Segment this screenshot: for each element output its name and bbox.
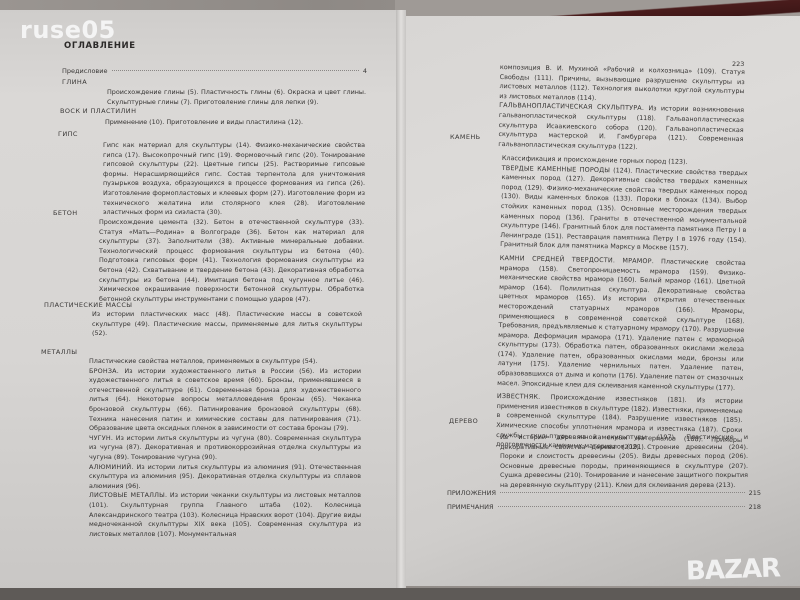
page-number: 223 bbox=[732, 60, 744, 68]
section-body-plastics: Из истории пластических масс (48). Пласт… bbox=[92, 310, 362, 339]
toc-entry-appendices: ПРИЛОЖЕНИЯ 215 bbox=[447, 489, 761, 497]
section-heading-concrete: БЕТОН bbox=[53, 209, 78, 217]
subsection-title: ЧУГУН. bbox=[89, 434, 113, 442]
leader-dots bbox=[498, 506, 745, 507]
subsection-text: Из истории литья скульптуры из чугуна (8… bbox=[89, 434, 361, 461]
subsection-text: Из истории художественного литья в Росси… bbox=[89, 367, 361, 433]
section-body-metals: Пластические свойства металлов, применяе… bbox=[89, 357, 361, 539]
watermark-ruse05: ruse05 bbox=[20, 16, 116, 44]
section-body-stone: Классификация и происхождение горных пор… bbox=[496, 154, 748, 455]
section-body-wood: Из истории деревянной скульптуры (197). … bbox=[500, 433, 748, 491]
continuation-text: композиция В. И. Мухиной «Рабочий и колх… bbox=[499, 63, 745, 106]
toc-entry-page: 4 bbox=[363, 67, 367, 75]
metals-continuation: композиция В. И. Мухиной «Рабочий и колх… bbox=[498, 63, 745, 154]
subsection-aluminium: АЛЮМИНИЙ. Из истории литья скульптуры из… bbox=[89, 463, 361, 492]
toc-entry-label: ПРИЛОЖЕНИЯ bbox=[447, 489, 496, 497]
subsection-text: (124). Пластические свойства твердых кам… bbox=[500, 166, 748, 252]
subsection-bronze: БРОНЗА. Из истории художественного литья… bbox=[89, 367, 361, 434]
table-bottom-edge bbox=[0, 588, 800, 600]
section-heading-gypsum: ГИПС bbox=[58, 130, 78, 138]
subsection-title: ЛИСТОВЫЕ МЕТАЛЛЫ. bbox=[89, 491, 167, 499]
section-body-clay: Происхождение глины (5). Пластичность гл… bbox=[107, 88, 366, 107]
leader-dots bbox=[500, 492, 745, 493]
section-body-concrete: Происхождение цемента (32). Бетон в отеч… bbox=[99, 218, 364, 304]
section-heading-clay: ГЛИНА bbox=[62, 78, 87, 86]
leader-dots bbox=[112, 70, 359, 71]
watermark-bazar-logo: BAZAR bbox=[686, 553, 781, 586]
section-heading-wood: ДЕРЕВО bbox=[449, 417, 478, 425]
subsection-cast-iron: ЧУГУН. Из истории литья скульптуры из чу… bbox=[89, 434, 361, 463]
toc-entry-preface: Предисловие 4 bbox=[62, 67, 367, 75]
toc-entry-label: ПРИМЕЧАНИЯ bbox=[447, 503, 494, 511]
section-body-gypsum: Гипс как материал для скульптуры (14). Ф… bbox=[103, 141, 365, 218]
toc-entry-page: 218 bbox=[749, 503, 761, 511]
section-heading-plastics: ПЛАСТИЧЕСКИЕ МАССЫ bbox=[44, 301, 132, 309]
toc-entry-page: 215 bbox=[749, 489, 761, 497]
subsection-text: Пластические свойства мрамора (158). Све… bbox=[497, 257, 746, 391]
subsection-title: БРОНЗА. bbox=[89, 367, 119, 375]
section-heading-wax: ВОСК И ПЛАСТИЛИН bbox=[60, 107, 136, 115]
subsection-title: АЛЮМИНИЙ. bbox=[89, 463, 134, 471]
subsection-galvanoplastic: ГАЛЬВАНОПЛАСТИЧЕСКАЯ СКУЛЬПТУРА. Из исто… bbox=[498, 101, 744, 154]
subsection-title: ИЗВЕСТНЯК. bbox=[497, 392, 541, 401]
section-heading-stone: КАМЕНЬ bbox=[450, 133, 481, 141]
metals-intro: Пластические свойства металлов, применяе… bbox=[89, 357, 361, 367]
subsection-marble: КАМНИ СРЕДНЕЙ ТВЕРДОСТИ. МРАМОР. Пластич… bbox=[497, 254, 746, 393]
section-heading-metals: МЕТАЛЛЫ bbox=[41, 348, 77, 356]
subsection-title: ТВЕРДЫЕ КАМЕННЫЕ ПОРОДЫ bbox=[502, 164, 611, 174]
toc-entry-notes: ПРИМЕЧАНИЯ 218 bbox=[447, 503, 761, 511]
section-body-wax: Применение (10). Приготовление и виды пл… bbox=[105, 118, 365, 128]
subsection-sheet-metals: ЛИСТОВЫЕ МЕТАЛЛЫ. Из истории чеканки ску… bbox=[89, 491, 361, 539]
subsection-hard-stone: ТВЕРДЫЕ КАМЕННЫЕ ПОРОДЫ (124). Пластичес… bbox=[500, 164, 748, 255]
book-spine bbox=[396, 10, 406, 590]
toc-entry-label: Предисловие bbox=[62, 67, 108, 75]
